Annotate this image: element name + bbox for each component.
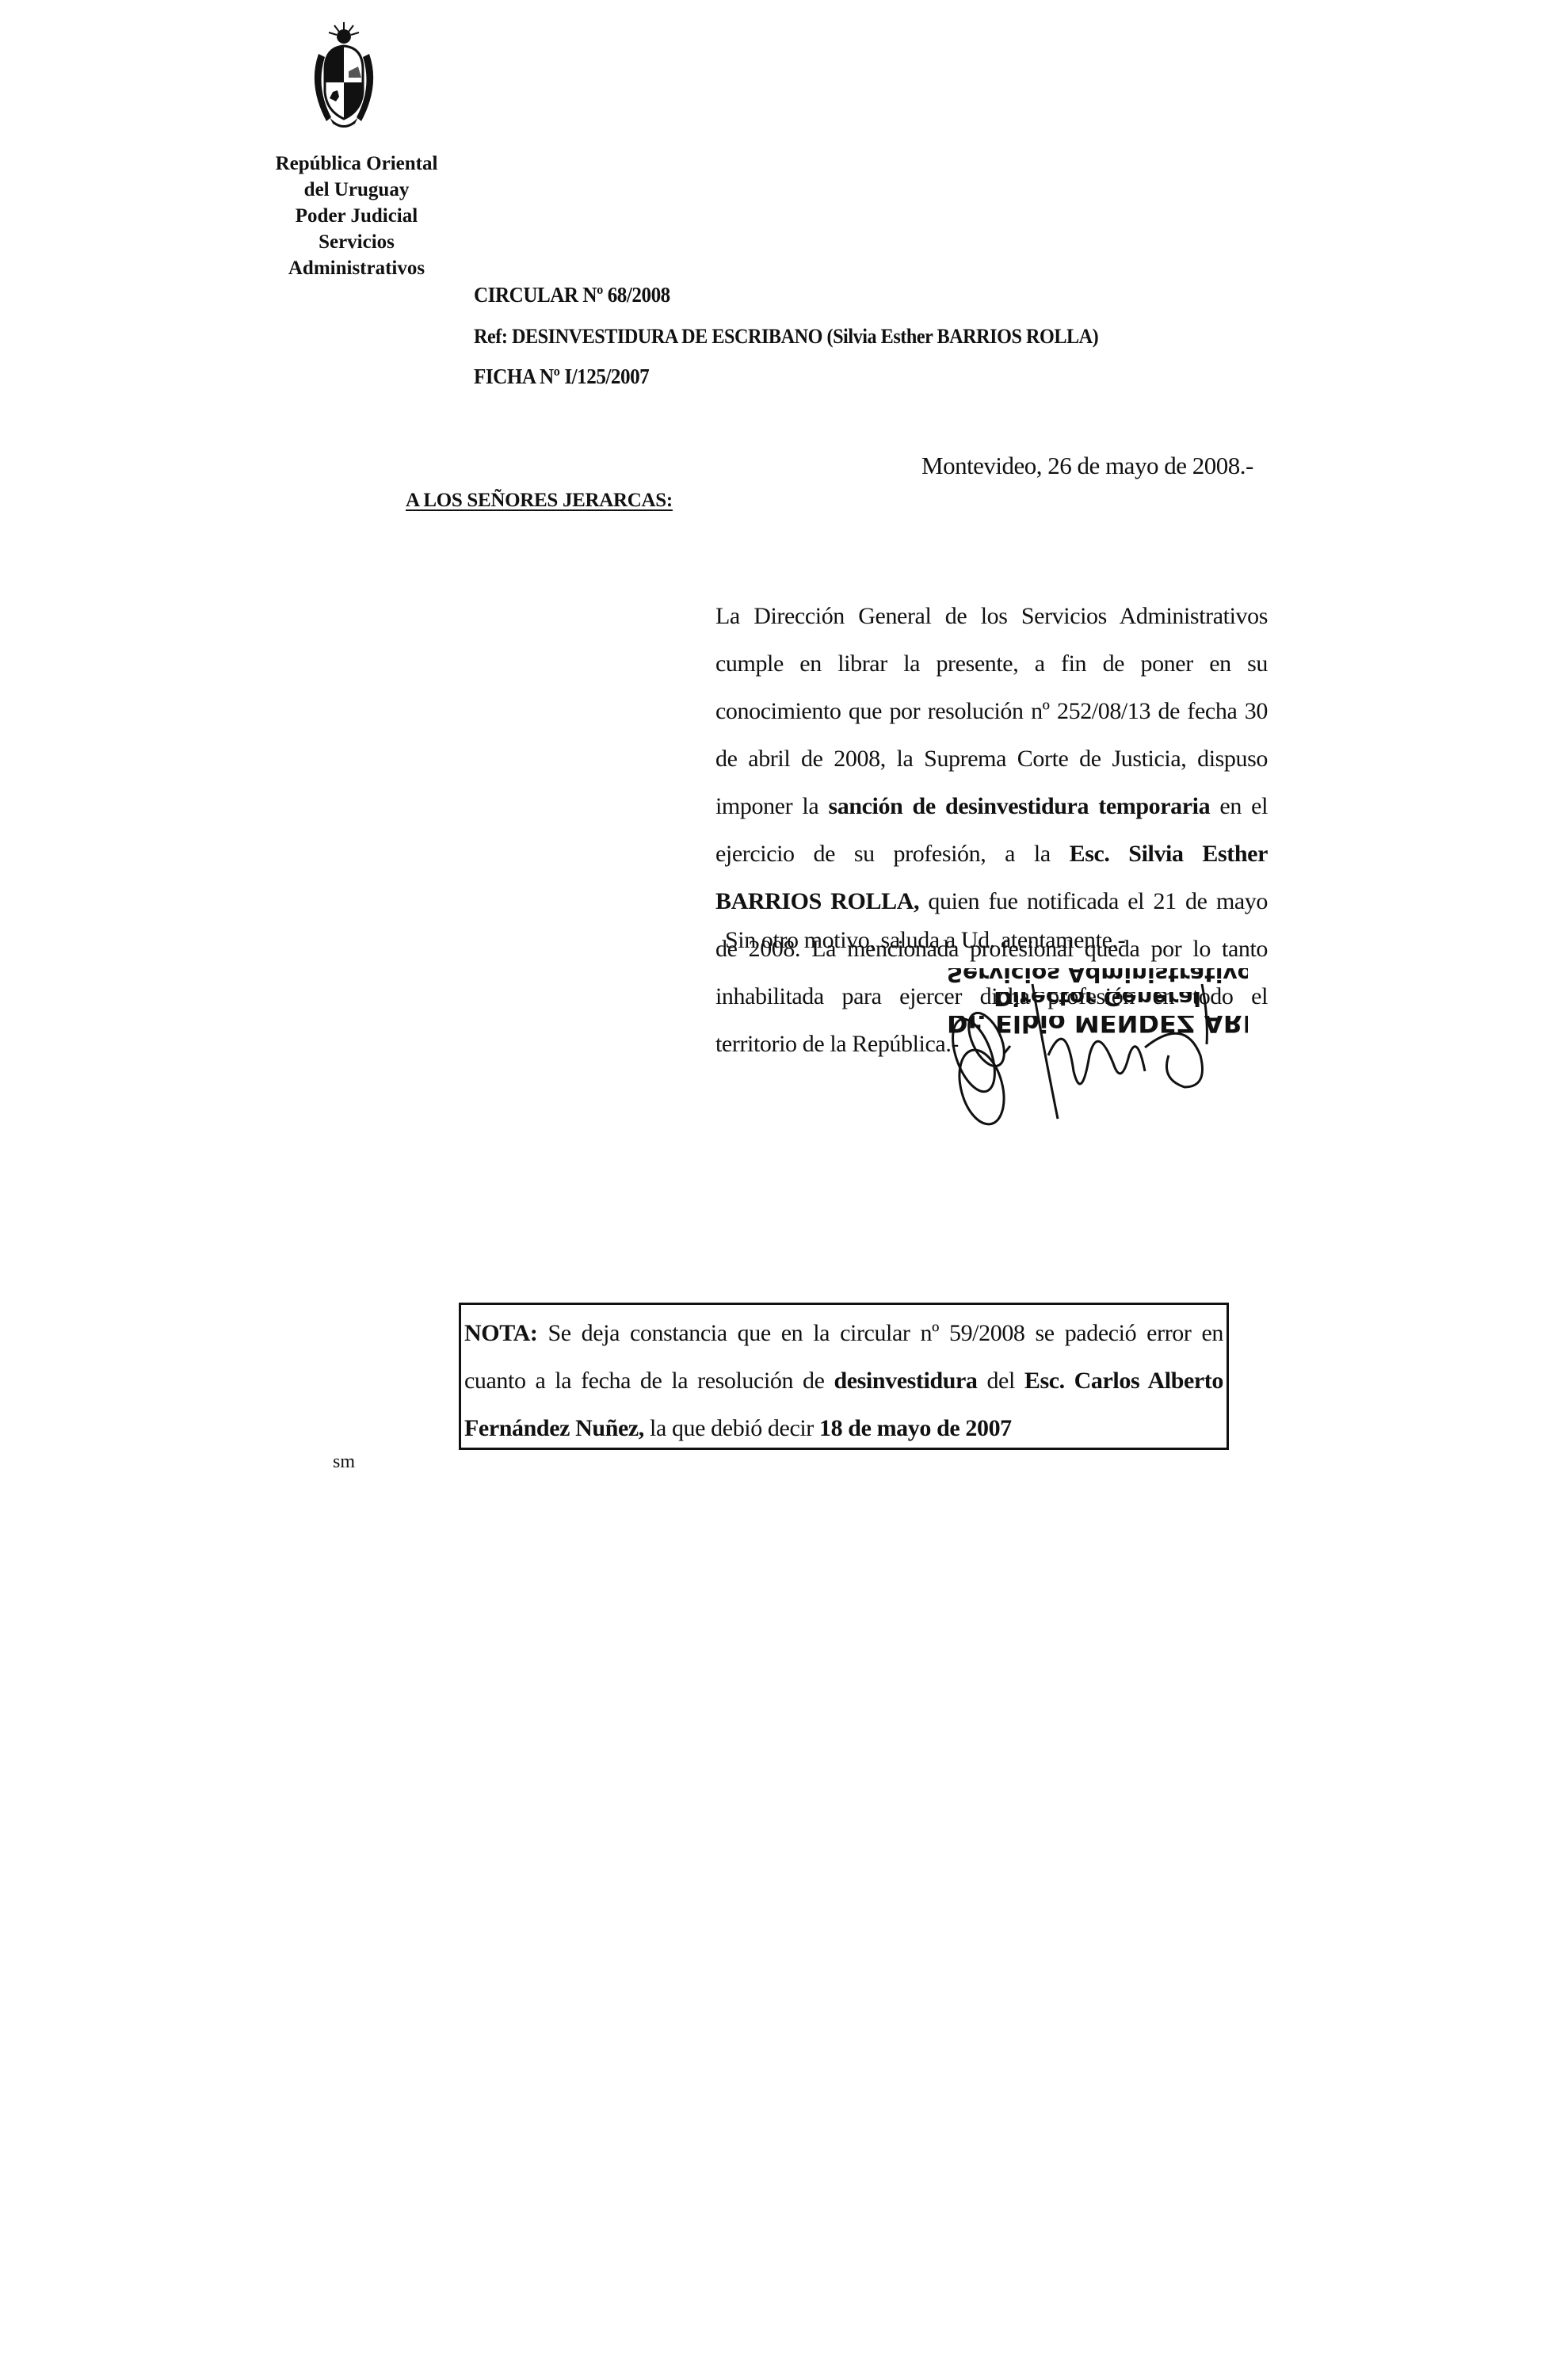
bold-text: desinvestidura xyxy=(834,1368,977,1394)
letterhead-line: Servicios xyxy=(238,229,475,255)
letterhead-line: del Uruguay xyxy=(238,177,475,203)
text-run: La Dirección General de los Servicios Ad… xyxy=(715,603,1268,819)
bold-text: sanción de desinvestidura temporaria xyxy=(828,793,1210,819)
letterhead-line: Poder Judicial xyxy=(238,203,475,229)
date-line: Montevideo, 26 de mayo de 2008.- xyxy=(921,452,1253,480)
handwritten-signature-icon xyxy=(947,968,1248,1150)
letterhead-organization: República Oriental del Uruguay Poder Jud… xyxy=(238,151,475,281)
closing-line: Sin otro motivo, saluda a Ud. atentament… xyxy=(725,927,1125,954)
reference-line: Ref: DESINVESTIDURA DE ESCRIBANO (Silvia… xyxy=(474,325,1098,349)
text-run: del xyxy=(978,1368,1024,1394)
coat-of-arms-icon xyxy=(303,22,385,133)
typist-initials: sm xyxy=(333,1452,355,1473)
bold-text: NOTA: xyxy=(464,1320,537,1346)
letterhead-line: Administrativos xyxy=(238,255,475,281)
letterhead-line: República Oriental xyxy=(238,151,475,177)
ficha-number: FICHA Nº I/125/2007 xyxy=(474,364,649,389)
bold-text: 18 de mayo de 2007 xyxy=(819,1415,1012,1441)
text-run: la que debió decir xyxy=(644,1415,819,1441)
signature-stamp: Dr. Elbio MENDEZ ARECO Director General … xyxy=(947,968,1248,1150)
correction-note: NOTA: Se deja constancia que en la circu… xyxy=(459,1303,1229,1450)
addressee: A LOS SEÑORES JERARCAS: xyxy=(406,490,673,512)
note-text: NOTA: Se deja constancia que en la circu… xyxy=(464,1310,1223,1452)
circular-number: CIRCULAR Nº 68/2008 xyxy=(474,283,670,307)
